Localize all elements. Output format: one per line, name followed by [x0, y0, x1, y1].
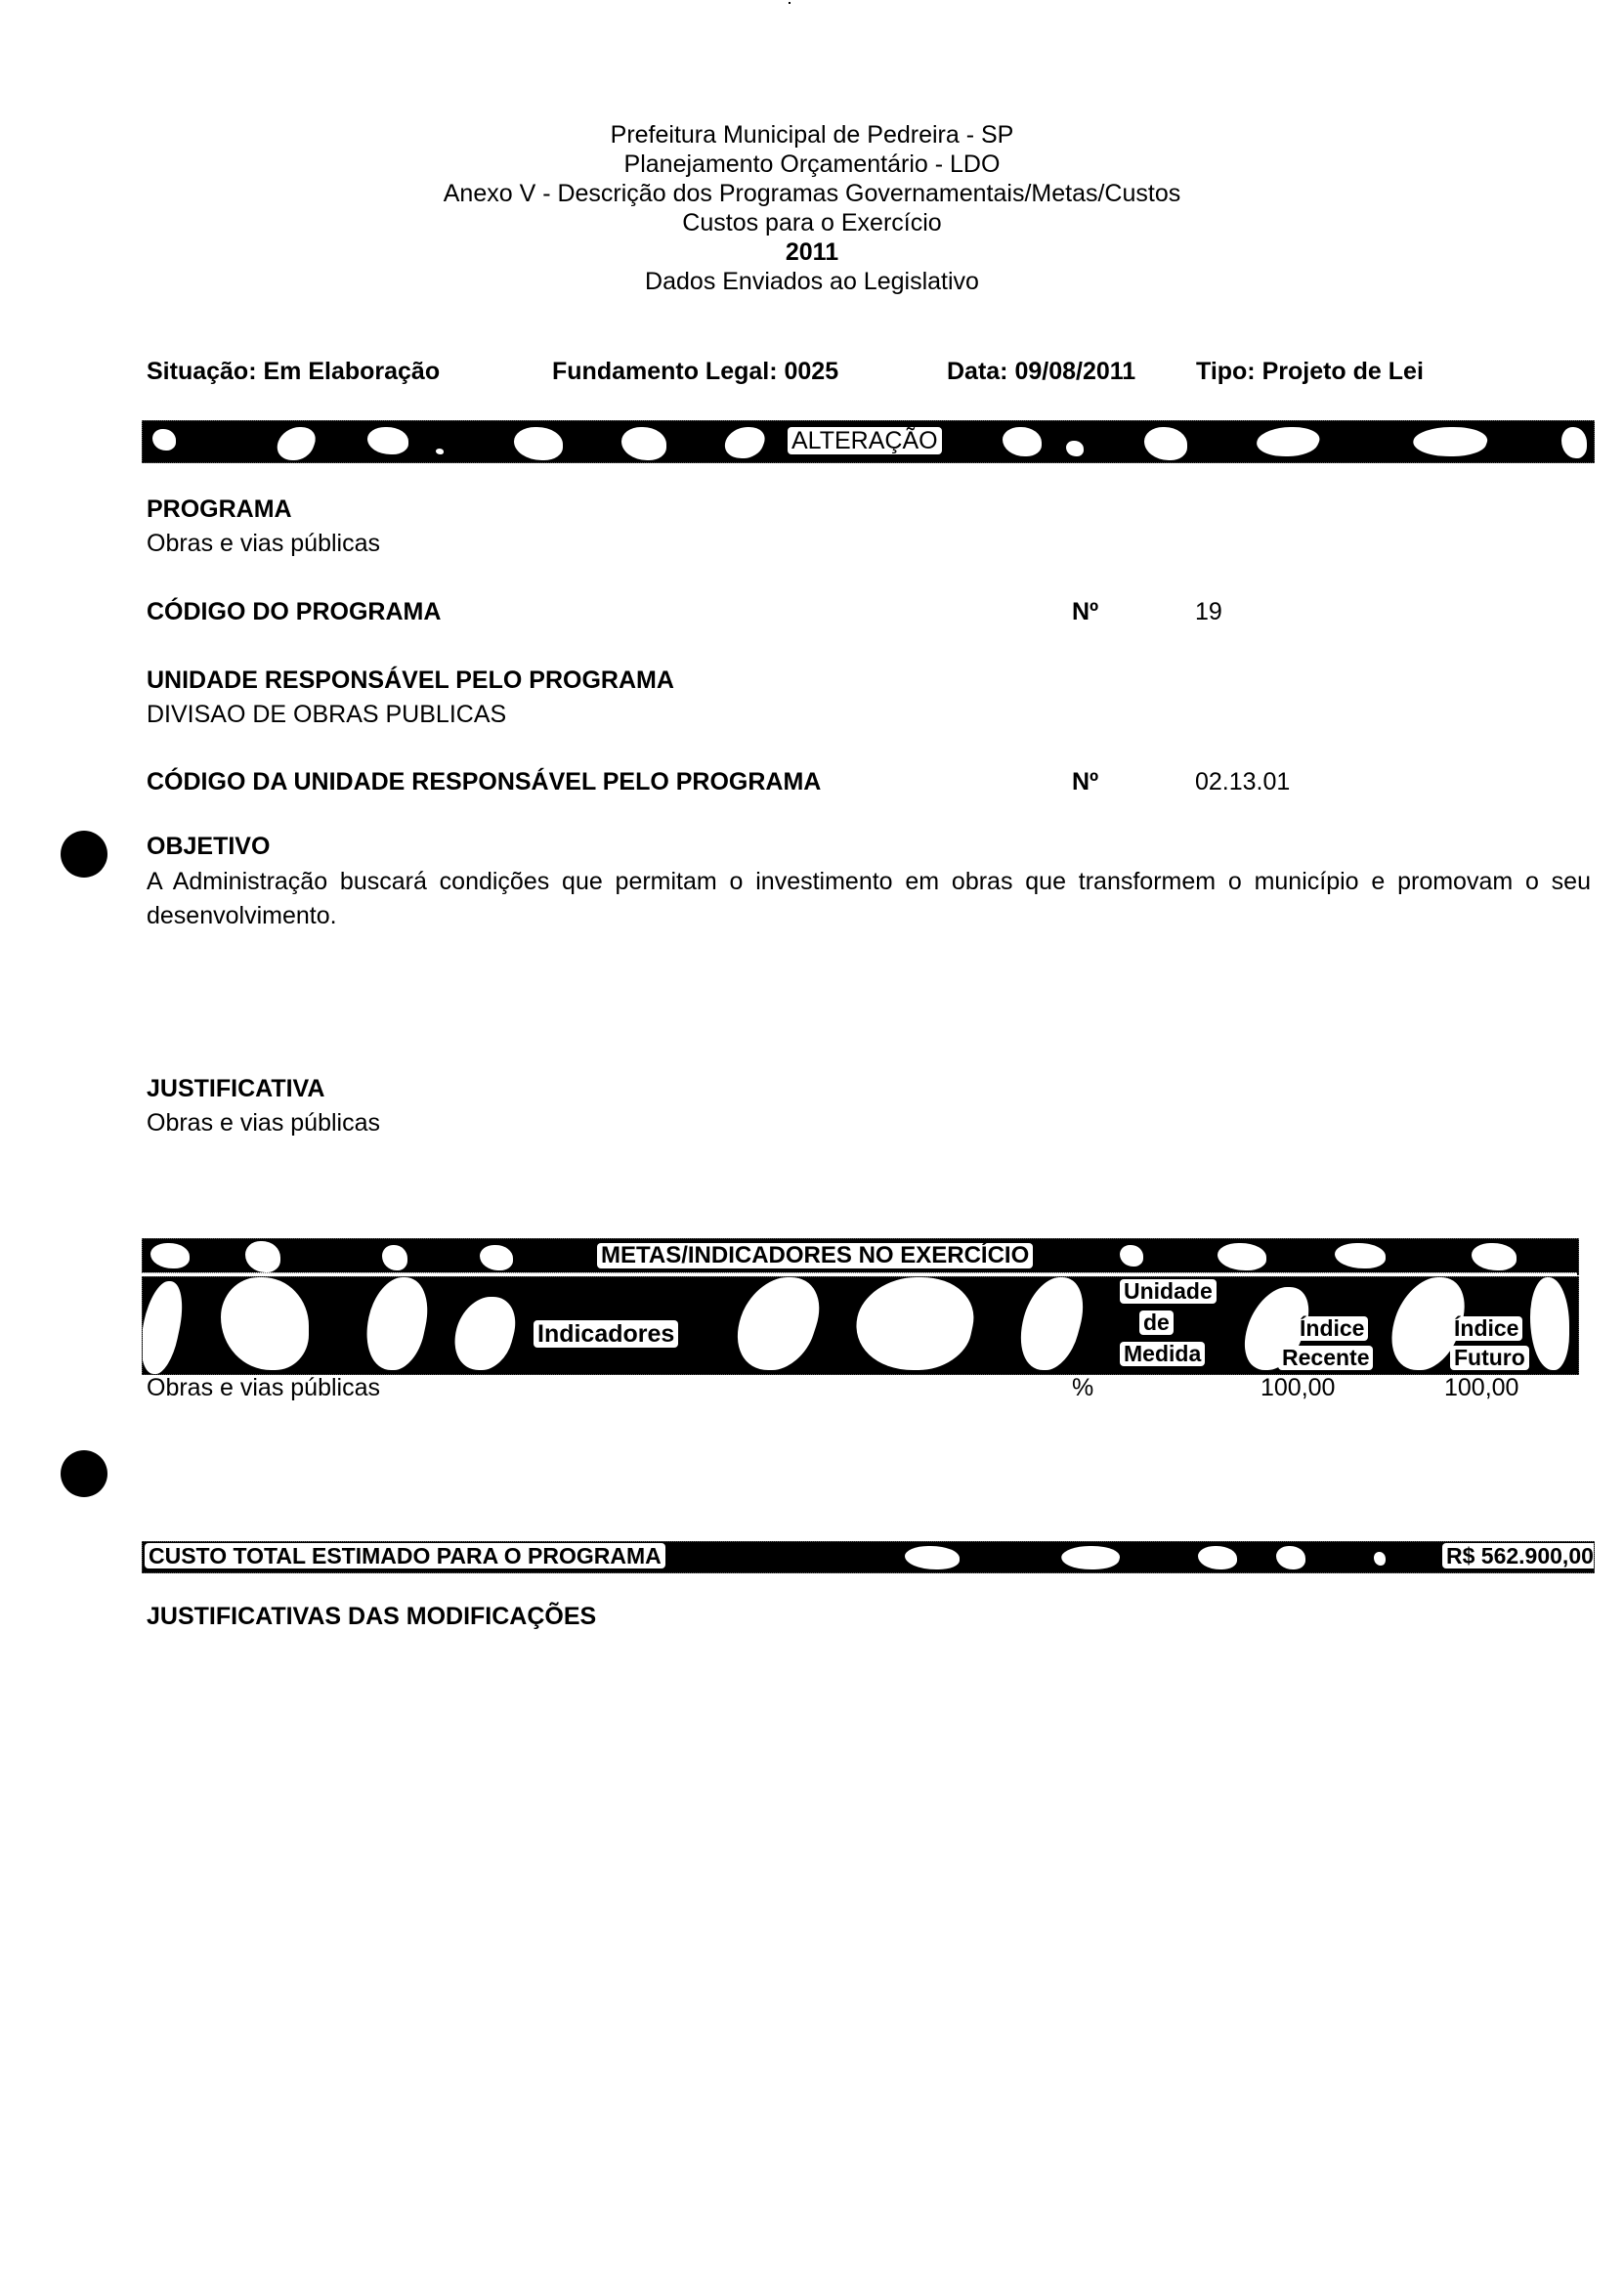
unidade-value: DIVISAO DE OBRAS PUBLICAS — [147, 701, 506, 729]
custo-total-value: R$ 562.900,00 — [1442, 1543, 1595, 1568]
header-municipality: Prefeitura Municipal de Pedreira - SP — [0, 120, 1624, 150]
custo-total-bar: CUSTO TOTAL ESTIMADO PARA O PROGRAMA R$ … — [142, 1541, 1595, 1573]
header-planning: Planejamento Orçamentário - LDO — [0, 150, 1624, 179]
punch-hole-dot — [61, 1450, 107, 1497]
row-indicador: Obras e vias públicas — [147, 1374, 380, 1402]
justificativa-value: Obras e vias públicas — [147, 1109, 380, 1138]
codigo-programa-value: 19 — [1195, 598, 1222, 626]
col-unidade-l3: Medida — [1120, 1342, 1205, 1366]
codigo-unidade-value: 02.13.01 — [1195, 768, 1290, 796]
codigo-unidade-label: CÓDIGO DA UNIDADE RESPONSÁVEL PELO PROGR… — [147, 768, 821, 796]
header-costs: Custos para o Exercício — [0, 208, 1624, 237]
programa-value: Obras e vias públicas — [147, 530, 380, 558]
scan-speck — [789, 2, 791, 4]
col-futuro-l2: Futuro — [1450, 1346, 1529, 1370]
metas-title-bar: METAS/INDICADORES NO EXERCÍCIO — [142, 1238, 1579, 1275]
justificativas-modificacoes-label: JUSTIFICATIVAS DAS MODIFICAÇÕES — [147, 1603, 596, 1631]
col-recente-l2: Recente — [1278, 1346, 1373, 1370]
metas-title: METAS/INDICADORES NO EXERCÍCIO — [597, 1243, 1033, 1268]
fundamento-legal: Fundamento Legal: 0025 — [552, 358, 838, 386]
punch-hole-dot — [61, 831, 107, 878]
objetivo-label: OBJETIVO — [147, 833, 270, 861]
custo-total-label: CUSTO TOTAL ESTIMADO PARA O PROGRAMA — [145, 1543, 665, 1568]
codigo-unidade-num-label: Nº — [1072, 768, 1098, 796]
header-sent: Dados Enviados ao Legislativo — [0, 267, 1624, 296]
document-date: Data: 09/08/2011 — [947, 358, 1135, 386]
status-situacao: Situação: Em Elaboração — [147, 358, 440, 386]
unidade-label: UNIDADE RESPONSÁVEL PELO PROGRAMA — [147, 666, 674, 695]
col-unidade-l1: Unidade — [1120, 1279, 1217, 1304]
col-unidade-l2: de — [1139, 1310, 1174, 1335]
objetivo-text: A Administração buscará condições que pe… — [147, 865, 1591, 933]
header-year: 2011 — [0, 237, 1624, 267]
document-type: Tipo: Projeto de Lei — [1196, 358, 1424, 386]
alteracao-banner: ALTERAÇÃO — [142, 420, 1595, 463]
row-unidade: % — [1072, 1374, 1093, 1402]
metas-column-header: Indicadores Unidade de Medida Índice Rec… — [142, 1276, 1579, 1375]
codigo-programa-label: CÓDIGO DO PROGRAMA — [147, 598, 441, 626]
row-indice-recente: 100,00 — [1261, 1374, 1335, 1402]
justificativa-label: JUSTIFICATIVA — [147, 1075, 324, 1103]
row-indice-futuro: 100,00 — [1444, 1374, 1518, 1402]
programa-label: PROGRAMA — [147, 495, 292, 524]
codigo-programa-num-label: Nº — [1072, 598, 1098, 626]
header-annex: Anexo V - Descrição dos Programas Govern… — [0, 179, 1624, 208]
alteracao-label: ALTERAÇÃO — [788, 427, 942, 454]
col-indicadores: Indicadores — [534, 1320, 678, 1348]
col-recente-l1: Índice — [1296, 1316, 1368, 1341]
col-futuro-l1: Índice — [1450, 1316, 1522, 1341]
